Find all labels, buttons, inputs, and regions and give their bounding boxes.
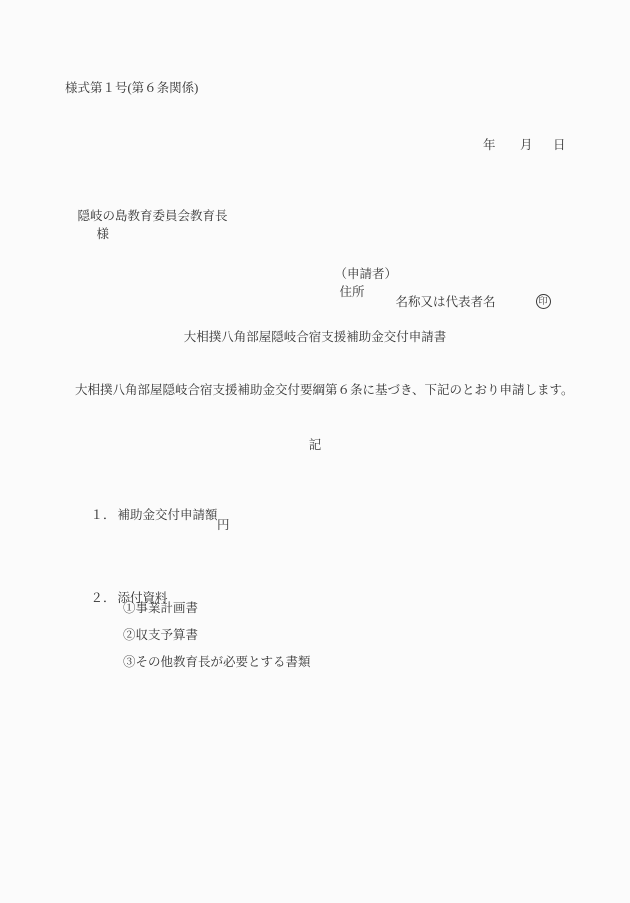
attachment-item-2: ②収支予算書 (123, 626, 198, 644)
seal-area: 印 (523, 276, 551, 292)
item-1-line: １．補助金交付申請額 (78, 488, 218, 506)
item-1-label: 補助金交付申請額 (118, 508, 218, 522)
name-label: 名称又は代表者名 (396, 295, 496, 309)
day-label: 日 (553, 136, 566, 154)
address-label: 住所 (340, 285, 365, 299)
applicant-address-line: （申請者） 住所 (322, 247, 397, 265)
record-marker: 記 (0, 436, 630, 454)
item-2-number: ２． (91, 591, 116, 605)
date-line: 年 月 日 (0, 136, 630, 154)
year-label: 年 (483, 136, 496, 154)
amount-unit-label: 円 (217, 516, 230, 534)
form-number: 様式第１号(第６条関係) (65, 79, 198, 97)
attachment-item-3: ③その他教育長が必要とする書類 (123, 653, 311, 671)
addressee-honorific: 様 (97, 227, 110, 241)
application-form-page: 様式第１号(第６条関係) 年 月 日 隠岐の島教育委員会教育長 様 （申請者） … (0, 0, 630, 903)
body-text: 大相撲八角部屋隠岐合宿支援補助金交付要綱第６条に基づき、下記のとおり申請します。 (75, 381, 574, 399)
month-label: 月 (520, 136, 533, 154)
addressee-name: 隠岐の島教育委員会教育長 (78, 209, 228, 223)
item-2-line: ２．添付資料 (78, 571, 168, 589)
seal-mark-icon: 印 (536, 294, 551, 309)
applicant-name-line: 名称又は代表者名 (383, 275, 496, 293)
item-1-number: １． (91, 508, 116, 522)
addressee-line: 隠岐の島教育委員会教育長 様 (65, 189, 228, 207)
attachment-item-1: ①事業計画書 (123, 599, 198, 617)
document-title: 大相撲八角部屋隠岐合宿支援補助金交付申請書 (0, 328, 630, 346)
